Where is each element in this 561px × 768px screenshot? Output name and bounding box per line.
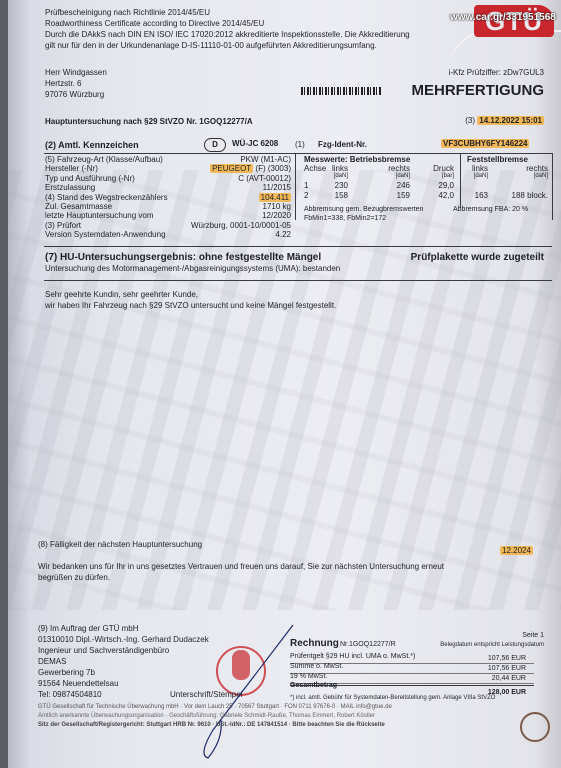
vehicle-field-label: Erstzulassung bbox=[45, 183, 95, 192]
vehicle-field-label: Hersteller (-Nr) bbox=[45, 164, 98, 173]
uma-result: Untersuchung des Motormanagement-/Abgasr… bbox=[45, 264, 340, 273]
vehicle-field-value: 1710 kg bbox=[263, 202, 291, 211]
invoice-line-amount: 107,56 EUR bbox=[488, 655, 526, 662]
brake-cell: 1 bbox=[304, 181, 308, 190]
invoice-line-label: Prüfentgelt §29 HU incl. UMA o. MwSt.*) bbox=[290, 653, 415, 660]
recipient-street: Hertzstr. 6 bbox=[45, 79, 81, 88]
brake-header: rechts bbox=[526, 164, 548, 173]
vehicle-field-value: 4.22 bbox=[275, 230, 291, 239]
footer-line-2: Amtlich anerkannte Überwachungsorganisat… bbox=[38, 713, 375, 719]
watermark-url: www.car.gr/331951568 bbox=[450, 12, 556, 23]
brake-cell: 159 bbox=[397, 191, 410, 200]
seal-icon bbox=[520, 712, 550, 742]
vehicle-field-value: 104.411 bbox=[259, 193, 291, 202]
thanks-line-1: Wir bedanken uns für Ihr in uns gesetzte… bbox=[38, 562, 444, 571]
invoice-line-amount: 107,56 EUR bbox=[488, 665, 526, 672]
brake-unit: [bar] bbox=[442, 173, 454, 179]
inspector-line-5: Gewerbering 7b bbox=[38, 668, 95, 677]
service-brake-title: Messwerte: Betriebsbremse bbox=[304, 155, 410, 164]
ikfz-check-digit: i-Kfz Prüfziffer: zDw7GUL3 bbox=[449, 68, 544, 77]
copy-label: MEHRFERTIGUNG bbox=[412, 82, 545, 99]
date-label: (3) bbox=[465, 116, 475, 125]
inspection-certificate: Prüfbescheinigung nach Richtlinie 2014/4… bbox=[8, 0, 561, 768]
total-label: Gesamtbetrag bbox=[290, 682, 337, 689]
inspection-title: Hauptuntersuchung nach §29 StVZO Nr. 1GO… bbox=[45, 117, 253, 126]
brake-unit: [daN] bbox=[534, 173, 548, 179]
vehicle-field-label: Version Systemdaten-Anwendung bbox=[45, 230, 166, 239]
highlighted-value: 104.411 bbox=[259, 193, 291, 202]
brake-unit: [daN] bbox=[334, 173, 348, 179]
brake-cell: 246 bbox=[397, 181, 410, 190]
vehicle-field-value: Würzburg, 0001-10/0001-05 bbox=[191, 221, 291, 230]
plate-label: (2) Amtl. Kennzeichen bbox=[45, 140, 139, 150]
brake-unit: [daN] bbox=[396, 173, 410, 179]
brake-cell: 158 bbox=[335, 191, 348, 200]
signature-icon bbox=[193, 620, 303, 760]
brake-note-1: Abbremsung gem. Bezugbremswerten bbox=[304, 206, 423, 213]
inspector-line-2: 01310010 Dipl.-Wirtsch.-Ing. Gerhard Dud… bbox=[38, 635, 209, 644]
date-value: 14.12.2022 15:01 bbox=[477, 116, 544, 125]
vehicle-field-label: Zul. Gesamtmasse bbox=[45, 202, 112, 211]
invoice-line-label: 19 % MwSt. bbox=[290, 673, 327, 680]
brake-cell: 188 block. bbox=[512, 191, 548, 200]
vin-num: (1) bbox=[295, 140, 305, 149]
thanks-line-2: begrüßen zu dürfen. bbox=[38, 573, 110, 582]
vehicle-field-value: C (AVT-00012) bbox=[238, 174, 291, 183]
letter-salutation: Sehr geehrte Kundin, sehr geehrter Kunde… bbox=[45, 290, 198, 299]
inspector-line-4: DEMAS bbox=[38, 657, 66, 666]
brake-cell: 42,0 bbox=[438, 191, 454, 200]
vehicle-field-value: PKW (M1-AC) bbox=[240, 155, 291, 164]
sticker-issued: Prüfplakette wurde zugeteilt bbox=[411, 252, 544, 263]
invoice-title: Rechnung bbox=[290, 638, 339, 649]
parking-brake-title: Feststellbremse bbox=[467, 155, 528, 164]
recipient-name: Herr Windgassen bbox=[45, 68, 107, 77]
vehicle-field-value: PEUGEOT (F) (3003) bbox=[210, 164, 291, 173]
brake-fba: Abbremsung FBA: 20 % bbox=[453, 206, 528, 213]
letter-body: wir haben Ihr Fahrzeug nach §29 StVZO un… bbox=[45, 301, 336, 310]
vehicle-field-value: 12/2020 bbox=[262, 211, 291, 220]
invoice-footnote: *) incl. amtl. Gebühr für Systemdaten-Be… bbox=[290, 695, 495, 701]
next-inspection-label: (8) Fälligkeit der nächsten Hauptuntersu… bbox=[38, 540, 202, 549]
vin-value: VF3CUBHY6FY146224 bbox=[441, 139, 529, 148]
inspector-line-3: Ingenieur und Sachverständigenbüro bbox=[38, 646, 169, 655]
invoice-number: Nr.1GOQ12277/R bbox=[340, 641, 396, 648]
vin-label: Fzg-Ident-Nr. bbox=[318, 140, 367, 149]
vehicle-field-label: (4) Stand des Wegstreckenzählers bbox=[45, 193, 168, 202]
header-line-2: Roadworthiness Certificate according to … bbox=[45, 19, 264, 28]
inspector-line-6: 91564 Neuendettelsau bbox=[38, 679, 119, 688]
brake-note-2: FbMin1=338, FbMin2=172 bbox=[304, 215, 386, 222]
country-code: D bbox=[204, 138, 226, 152]
highlighted-value: PEUGEOT bbox=[210, 164, 253, 173]
vehicle-field-label: (3) Prüfort bbox=[45, 221, 81, 230]
vehicle-field-label: Typ und Ausführung (-Nr) bbox=[45, 174, 135, 183]
brake-cell: 230 bbox=[335, 181, 348, 190]
vehicle-field-label: (5) Fahrzeug-Art (Klasse/Aufbau) bbox=[45, 155, 163, 164]
vehicle-field-value: 11/2015 bbox=[263, 183, 291, 192]
result-title: (7) HU-Untersuchungsergebnis: ohne festg… bbox=[45, 252, 321, 263]
header-line-4: gilt nur für den in der Urkundenanlage D… bbox=[45, 41, 377, 50]
recipient-city: 97076 Würzburg bbox=[45, 90, 104, 99]
barcode bbox=[301, 87, 381, 95]
footer-line-3: Sitz der Gesellschaft/Registergericht: S… bbox=[38, 722, 385, 728]
brake-cell: 163 bbox=[475, 191, 488, 200]
brake-header: links bbox=[472, 164, 488, 173]
brake-header: rechts bbox=[388, 164, 410, 173]
invoice-line-amount: 20,44 EUR bbox=[492, 675, 526, 682]
vehicle-field-label: letzte Hauptuntersuchung vom bbox=[45, 211, 154, 220]
footer-line-1: GTÜ Gesellschaft für Technische Überwach… bbox=[38, 704, 392, 710]
inspector-line-1: (9) Im Auftrag der GTÜ mbH bbox=[38, 624, 138, 633]
brake-unit: [daN] bbox=[474, 173, 488, 179]
brake-cell: 2 bbox=[304, 191, 308, 200]
plate-value: WÜ-JC 6208 bbox=[232, 139, 278, 148]
brake-header: links bbox=[332, 164, 348, 173]
header-line-3: Durch die DAkkS nach DIN EN ISO/ IEC 170… bbox=[45, 30, 410, 39]
header-line-1: Prüfbescheinigung nach Richtlinie 2014/4… bbox=[45, 8, 210, 17]
page-number: Seite 1 bbox=[522, 632, 544, 639]
invoice-date-note: Belegdatum entspricht Leistungsdatum bbox=[440, 642, 544, 648]
brake-header: Druck bbox=[433, 164, 454, 173]
invoice-line-label: Summe o. MwSt. bbox=[290, 663, 343, 670]
brake-header: Achse bbox=[304, 164, 326, 173]
inspection-date: (3) 14.12.2022 15:01 bbox=[465, 116, 544, 125]
brake-cell: 29,0 bbox=[438, 181, 454, 190]
inspector-line-7: Tel: 09874504810 bbox=[38, 690, 102, 699]
next-inspection-date: 12.2024 bbox=[500, 546, 533, 555]
